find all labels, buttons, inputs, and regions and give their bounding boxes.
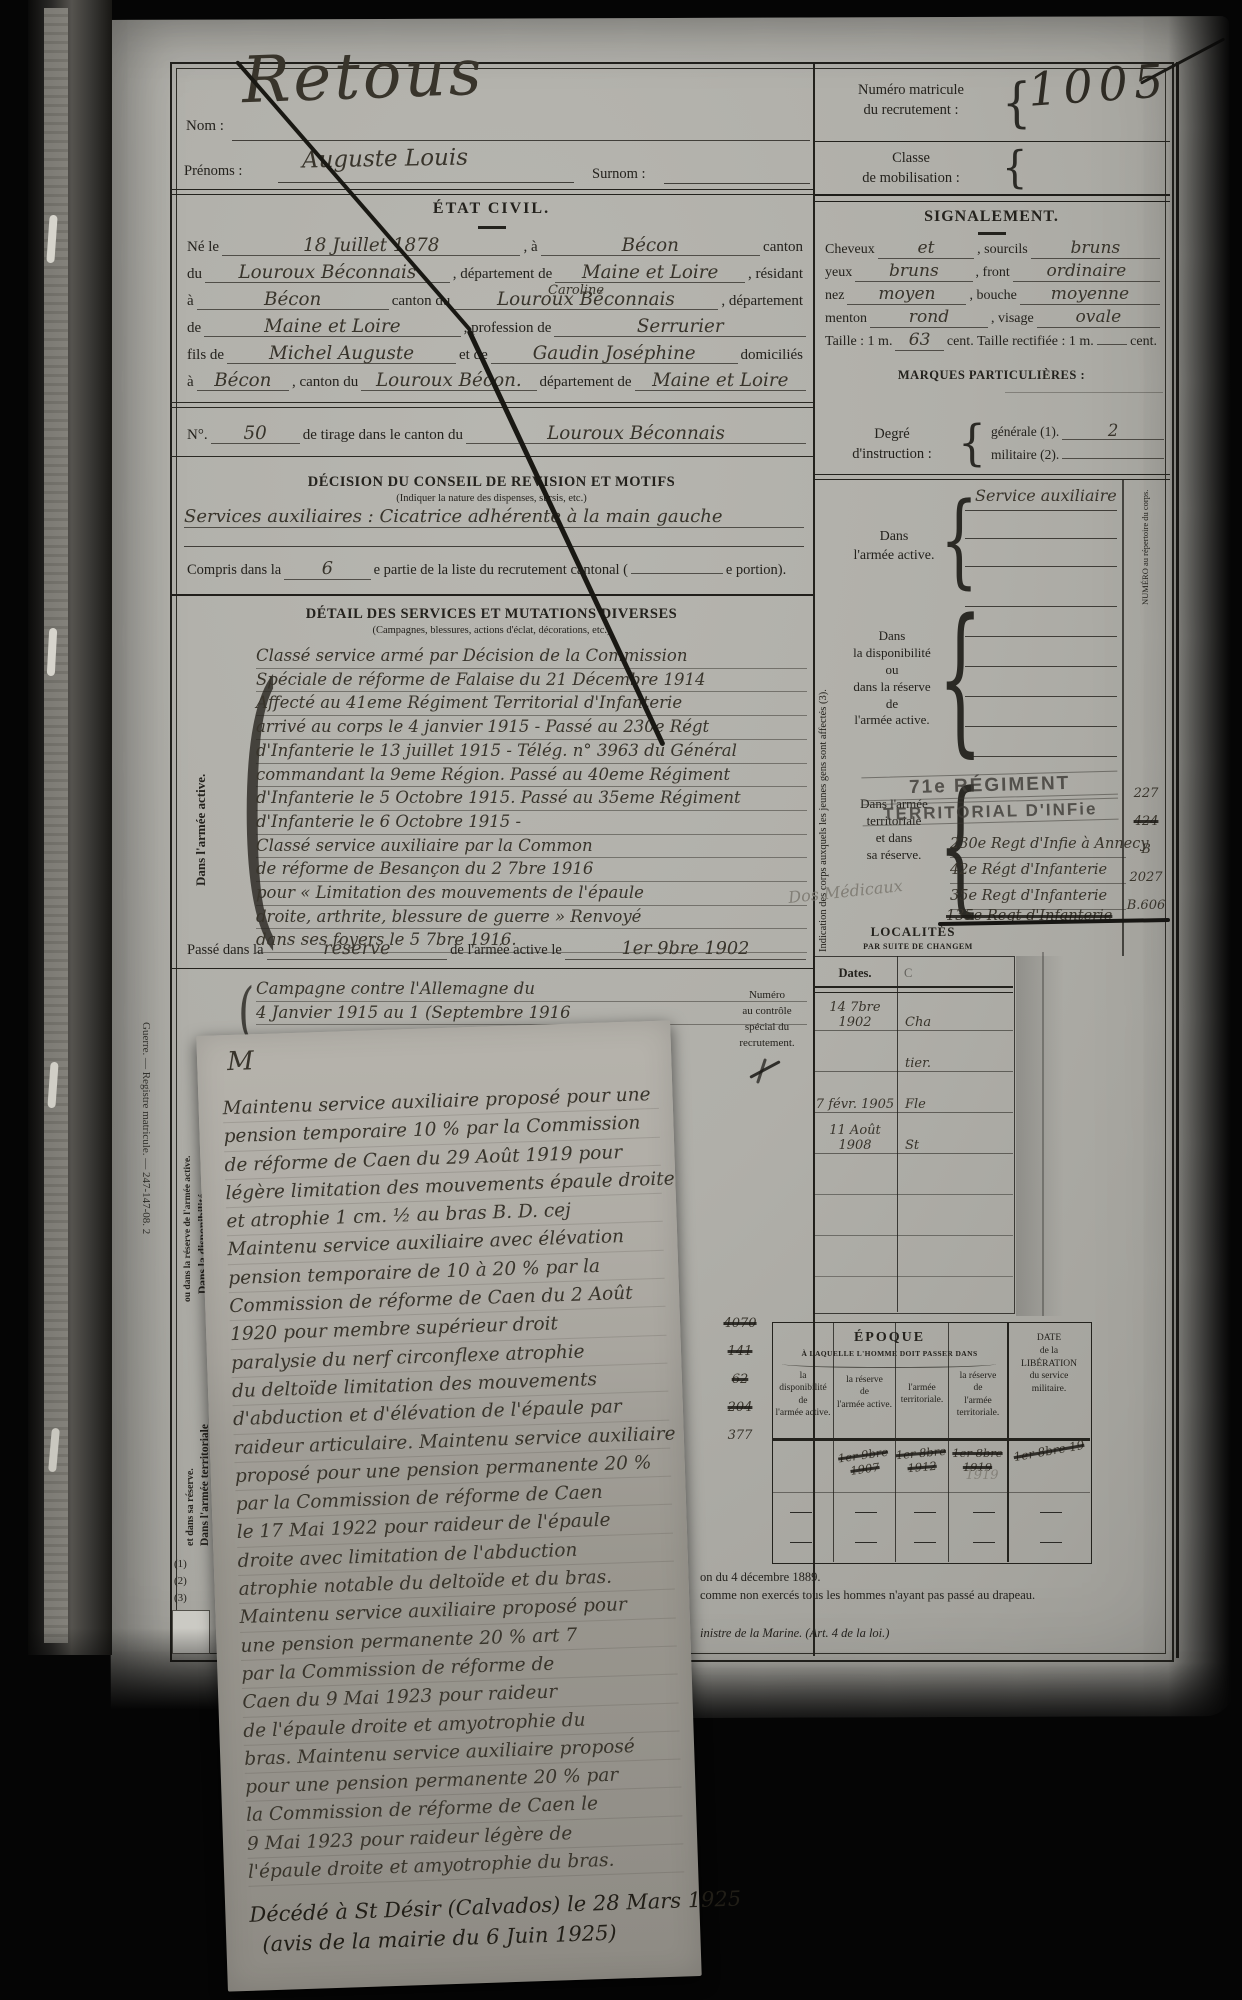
printed-label: , profession de bbox=[461, 320, 555, 337]
printed-label: , canton du bbox=[289, 374, 361, 391]
printed-label: à bbox=[184, 293, 197, 310]
corps-rule bbox=[965, 606, 1117, 607]
territoriale-vertical-label-2: et dans sa réserve. bbox=[185, 1350, 196, 1546]
epoque-col4-header: la réserve de l'armée territoriale. bbox=[949, 1370, 1007, 1419]
signalement-row: Taille : 1 m.63cent. Taille rectifiée : … bbox=[822, 332, 1160, 355]
regiment-entries: 230e Regt d'Infie à Annecy42e Régt d'Inf… bbox=[950, 832, 1126, 910]
epoque-row-rule bbox=[772, 1492, 1090, 1493]
tirage-row: N°.50de tirage dans le canton duLouroux … bbox=[184, 424, 806, 444]
handwritten-value: Maine et Loire bbox=[555, 263, 745, 283]
localites-row bbox=[813, 1277, 1013, 1317]
localites-title: LOCALITÉS bbox=[813, 924, 1013, 940]
printed-label: Compris dans la bbox=[184, 562, 284, 579]
signalement-rows: Cheveuxet, sourcilsbruns yeuxbruns, fron… bbox=[822, 240, 1160, 355]
printed-label: de bbox=[184, 320, 204, 337]
classe-label: Classe de mobilisation : bbox=[822, 148, 1000, 189]
printed-label: Passé dans la bbox=[184, 942, 267, 959]
etat-civil-rows: Né le18 Juillet 1878, àBéconcanton duLou… bbox=[184, 236, 806, 398]
localites-obs: St bbox=[897, 1138, 919, 1153]
handwritten-value: Bécon bbox=[197, 371, 289, 391]
regiment-entry: 35e Regt d'Infanterie bbox=[950, 884, 1126, 910]
localites-row bbox=[813, 1154, 1013, 1195]
passe-reserve-row: Passé dans laréservede l'armée active le… bbox=[184, 940, 806, 960]
handwritten-value bbox=[631, 573, 723, 574]
decision-subtitle: (Indiquer la nature des dispenses, sursi… bbox=[170, 493, 813, 504]
corps-rule bbox=[965, 696, 1117, 697]
localites-date: 11 Août 1908 bbox=[813, 1123, 897, 1153]
scanned-register-page: Nom : Retous Prénoms : Auguste Louis Sur… bbox=[0, 0, 1242, 2000]
printed-label: e portion). bbox=[723, 562, 789, 579]
footnote-line-1: on du 4 décembre 1889. bbox=[700, 1570, 820, 1585]
instruction-militaire-row: militaire (2). bbox=[988, 447, 1164, 472]
prenoms-rule bbox=[278, 182, 574, 183]
corps-rule bbox=[965, 726, 1117, 727]
epoque-subtitle-arc bbox=[782, 1360, 996, 1368]
printed-label: , front bbox=[973, 265, 1013, 281]
handwritten-value: 63 bbox=[895, 332, 943, 351]
handwritten-value: moyenne bbox=[1020, 286, 1160, 305]
handwritten-value: moyen bbox=[847, 286, 966, 305]
printed-label: département de bbox=[537, 374, 635, 391]
handwritten-line: commandant la 9eme Région. Passé au 40em… bbox=[256, 764, 807, 788]
handwritten-value: Maine et Loire bbox=[635, 371, 806, 391]
printed-label: du bbox=[184, 266, 205, 283]
ruled-dash bbox=[973, 1528, 995, 1543]
printed-label: de tirage dans le canton du bbox=[300, 427, 466, 444]
handwritten-value: Serrurier bbox=[554, 317, 806, 337]
handwritten-line: Classé service auxiliaire par la Common bbox=[256, 835, 807, 859]
controle-label: Numéro au contrôle spécial du recrutemen… bbox=[726, 988, 808, 1052]
printed-label: e partie de la liste du recrutement cant… bbox=[371, 562, 631, 579]
decision-blank-rule bbox=[184, 546, 804, 547]
printed-label: N°. bbox=[184, 427, 211, 444]
signalement-row: Cheveuxet, sourcilsbruns bbox=[822, 240, 1160, 263]
handwritten-value: bruns bbox=[855, 263, 972, 282]
printed-label: canton bbox=[760, 239, 806, 256]
localites-row: 14 7bre 1902 Cha bbox=[813, 990, 1013, 1031]
handwritten-line: Affecté au 41eme Régiment Territorial d'… bbox=[256, 692, 807, 716]
section-rule bbox=[815, 474, 1170, 480]
corps-number: 227 bbox=[1125, 780, 1167, 808]
page-fold-shadow bbox=[1016, 956, 1136, 1316]
regiment-entry: 42e Régt d'Infanterie bbox=[950, 858, 1126, 884]
corps-number: 424 bbox=[1125, 808, 1167, 836]
regiment-stamp: 71e RÉGIMENT TERRITORIAL D'INFie bbox=[861, 771, 1118, 827]
disponibilite-brace: { bbox=[938, 598, 983, 759]
localites-row bbox=[813, 1195, 1013, 1236]
localites-row: 7 févr. 1905 Fle bbox=[813, 1072, 1013, 1113]
handwritten-line: 4 Janvier 1915 au 1 (Septembre 1916 bbox=[256, 1002, 807, 1026]
localites-date: 14 7bre 1902 bbox=[813, 1000, 897, 1030]
epoque-subtitle: À LAQUELLE L'HOMME DOIT PASSER DANS bbox=[772, 1349, 1007, 1358]
localites-obs: Fle bbox=[897, 1097, 926, 1112]
disponibilite-label: Dans la disponibilité ou dans la réserve… bbox=[836, 628, 948, 729]
numero-repertoire-vertical-label: NUMÉRO au répertoire du corps. bbox=[1140, 487, 1151, 605]
epoque-title: ÉPOQUE bbox=[772, 1330, 1007, 1346]
printed-label: de l'armée active le bbox=[447, 942, 565, 959]
compris-row: Compris dans la6e partie de la liste du … bbox=[184, 560, 806, 580]
printed-label: , à bbox=[520, 239, 540, 256]
localites-col-date-header: Dates. bbox=[813, 966, 897, 981]
armee-active-value: Service auxiliaire bbox=[975, 486, 1117, 505]
section-rule-heavy bbox=[170, 594, 813, 596]
corps-rule bbox=[965, 666, 1117, 667]
ruled-dash bbox=[855, 1528, 877, 1543]
handwritten-line: arrivé au corps le 4 janvier 1915 - Pass… bbox=[256, 716, 807, 740]
printed-label: nez bbox=[822, 288, 847, 304]
title-dash bbox=[478, 226, 506, 229]
printed-label: fils de bbox=[184, 347, 227, 364]
handwritten-value: Michel Auguste bbox=[227, 344, 456, 364]
localites-row bbox=[813, 1236, 1013, 1277]
surnom-rule bbox=[664, 183, 810, 184]
instruction-rows: générale (1).2 militaire (2). bbox=[988, 422, 1164, 472]
handwritten-line: de réforme de Besançon du 2 7bre 1916 bbox=[256, 858, 807, 882]
handwritten-value: Gaudin Joséphine bbox=[491, 344, 738, 364]
etat-civil-title: ÉTAT CIVIL. bbox=[170, 200, 813, 218]
services-lines: Classé service armé par Décision de la C… bbox=[256, 645, 807, 953]
signalement-row: yeuxbruns, frontordinaire bbox=[822, 263, 1160, 286]
printed-label: Cheveux bbox=[822, 242, 878, 258]
handwritten-line: pour « Limitation des mouvements de l'ép… bbox=[256, 882, 807, 906]
section-rule bbox=[170, 456, 813, 457]
ruled-dash bbox=[914, 1498, 936, 1513]
epoque-col1-header: la disponibilité de l'armée active. bbox=[773, 1370, 833, 1419]
localites-obs: tier. bbox=[897, 1056, 931, 1071]
matricule-label: Numéro matricule du recrutement : bbox=[822, 80, 1000, 121]
epoque-pencil-value: 1919 bbox=[958, 1468, 1006, 1483]
campagne-lines: Campagne contre l'Allemagne du4 Janvier … bbox=[256, 978, 807, 1025]
handwritten-value: Bécon bbox=[197, 290, 389, 310]
signalement-row: nezmoyen, bouchemoyenne bbox=[822, 286, 1160, 309]
epoque-col-divider bbox=[833, 1322, 834, 1562]
classe-brace: { bbox=[1002, 146, 1027, 190]
page-right-edge-shadow bbox=[1168, 10, 1242, 1750]
handwritten-value: 2 bbox=[1062, 422, 1164, 440]
handwritten-value: Louroux Bécon. bbox=[361, 371, 536, 391]
section-rule bbox=[170, 968, 813, 969]
handwritten-value: 50 bbox=[211, 424, 300, 444]
corps-number: B 2027 bbox=[1125, 836, 1167, 892]
epoque-col-divider bbox=[895, 1322, 896, 1562]
nom-rule bbox=[232, 140, 810, 141]
epoque-header-rule bbox=[772, 1438, 1090, 1441]
handwritten-value bbox=[1097, 344, 1127, 345]
handwritten-value: Bécon bbox=[541, 236, 760, 256]
instruction-generale-row: générale (1).2 bbox=[988, 422, 1164, 447]
corps-rule bbox=[965, 510, 1117, 511]
armee-active-brace: { bbox=[940, 490, 978, 592]
localites-rows: 14 7bre 1902 Cha tier. 7 févr. 1905 Fle … bbox=[813, 990, 1013, 1317]
handwritten-value: ordinaire bbox=[1013, 263, 1160, 282]
controle-number: 4070 bbox=[712, 1310, 768, 1338]
printed-label: , département bbox=[718, 293, 806, 310]
handwritten-line: d'Infanterie le 6 Octobre 1915 - bbox=[256, 811, 807, 835]
printed-label: yeux bbox=[822, 265, 855, 281]
nom-label: Nom : bbox=[186, 118, 224, 135]
localites-date: 7 févr. 1905 bbox=[813, 1097, 897, 1112]
ruled-dash bbox=[1040, 1528, 1062, 1543]
corps-rule bbox=[965, 756, 1117, 757]
instruction-brace: { bbox=[958, 420, 986, 468]
decision-title: DÉCISION DU CONSEIL DE REVISION ET MOTIF… bbox=[170, 474, 813, 491]
spine-imprint-vertical: Guerre. — Registre matricule. — 247-147-… bbox=[140, 1022, 152, 1362]
epoque-value-territoriale: 1er 8bre 1912 bbox=[894, 1444, 949, 1477]
signalement-row: mentonrond, visageovale bbox=[822, 309, 1160, 332]
footnote-line-2: comme non exercés tous les hommes n'ayan… bbox=[700, 1588, 1035, 1603]
handwritten-value: rond bbox=[870, 309, 988, 328]
printed-label: menton bbox=[822, 311, 870, 327]
handwritten-value: et bbox=[878, 240, 974, 259]
caroline-insertion: Caroline bbox=[548, 283, 604, 298]
handwritten-value bbox=[1062, 458, 1164, 459]
controle-number: 204 bbox=[712, 1394, 768, 1422]
handwritten-value: ovale bbox=[1037, 309, 1160, 328]
matricule-value: 1005 bbox=[1026, 53, 1171, 117]
page-fold-line bbox=[1042, 952, 1044, 1316]
printed-label: , bouche bbox=[966, 288, 1019, 304]
handwritten-line: Spéciale de réforme de Falaise du 21 Déc… bbox=[256, 669, 807, 693]
blank-rule bbox=[1005, 392, 1163, 393]
handwritten-value: 18 Juillet 1878 bbox=[222, 236, 520, 256]
printed-label: , sourcils bbox=[974, 242, 1031, 258]
corps-number: B.606 bbox=[1125, 892, 1167, 920]
epoque-col3-header: l'armée territoriale. bbox=[896, 1382, 948, 1407]
handwritten-value: 1er 9bre 1902 bbox=[565, 940, 806, 960]
pasted-slip: M Maintenu service auxiliaire proposé po… bbox=[196, 1020, 701, 1991]
ruled-dash bbox=[1040, 1498, 1062, 1513]
footnote-markers: (1) (2) (3) bbox=[174, 1556, 187, 1607]
handwritten-value: 6 bbox=[284, 560, 370, 580]
etat-civil-row: àBéconcanton duLouroux Béconnais, départ… bbox=[184, 290, 806, 317]
localites-subtitle: PAR SUITE DE CHANGEM bbox=[813, 942, 1023, 951]
surnom-label: Surnom : bbox=[592, 166, 646, 183]
localites-row: 11 Août 1908 St bbox=[813, 1113, 1013, 1154]
etat-civil-row: fils deMichel Augusteet deGaudin Joséphi… bbox=[184, 344, 806, 371]
handwritten-line: d'Infanterie le 13 juillet 1915 - Télég.… bbox=[256, 740, 807, 764]
slip-lines: Maintenu service auxiliaire proposé pour… bbox=[222, 1081, 684, 1887]
handwritten-value: bruns bbox=[1031, 240, 1160, 259]
armee-active-label: Dans l'armée active. bbox=[842, 528, 946, 566]
printed-label: militaire (2). bbox=[988, 447, 1062, 463]
ruled-dash bbox=[914, 1528, 936, 1543]
handwritten-line: Classé service armé par Décision de la C… bbox=[256, 645, 807, 669]
printed-label: cent. bbox=[1127, 334, 1160, 350]
epoque-dash-row bbox=[772, 1528, 1090, 1543]
printed-label: , résidant bbox=[745, 266, 806, 283]
regiment-entry: 230e Regt d'Infie à Annecy bbox=[950, 832, 1126, 858]
header-bottom-rule bbox=[170, 189, 813, 195]
title-dash bbox=[978, 232, 1006, 235]
controle-numbers: 407014162204377 bbox=[712, 1310, 768, 1450]
localites-col-obs-header: C bbox=[904, 966, 912, 981]
signalement-title: SIGNALEMENT. bbox=[813, 208, 1170, 226]
epoque-date-header: DATE de la LIBÉRATION du service militai… bbox=[1009, 1332, 1089, 1396]
prenoms-label: Prénoms : bbox=[184, 163, 242, 180]
ruled-dash bbox=[973, 1498, 995, 1513]
disponibilite-vertical-label-2: ou dans la réserve de l'armée active. bbox=[183, 1110, 193, 1302]
instruction-label: Degré d'instruction : bbox=[828, 424, 956, 465]
printed-label: générale (1). bbox=[988, 424, 1062, 440]
etat-civil-row: Né le18 Juillet 1878, àBéconcanton bbox=[184, 236, 806, 263]
localites-obs: Cha bbox=[897, 1015, 931, 1030]
corps-numbers: 227424B 2027B.606 bbox=[1125, 780, 1167, 920]
printed-label: cent. Taille rectifiée : 1 m. bbox=[944, 334, 1097, 350]
handwritten-line: d'Infanterie le 5 Octobre 1915. Passé au… bbox=[256, 787, 807, 811]
printed-label: Né le bbox=[184, 239, 222, 256]
etat-civil-row: deMaine et Loire, profession deSerrurier bbox=[184, 317, 806, 344]
printed-label: , visage bbox=[988, 311, 1037, 327]
controle-number: 62 bbox=[712, 1366, 768, 1394]
handwritten-line: droite, arthrite, blessure de guerre » R… bbox=[256, 906, 807, 930]
epoque-col2-header: la réserve de l'armée active. bbox=[834, 1374, 895, 1411]
controle-number: 141 bbox=[712, 1338, 768, 1366]
ruled-dash bbox=[855, 1498, 877, 1513]
ruled-dash bbox=[790, 1498, 812, 1513]
corps-rule bbox=[965, 566, 1117, 567]
epoque-dash-row bbox=[772, 1498, 1090, 1513]
localites-row: tier. bbox=[813, 1031, 1013, 1072]
handwritten-value: Maine et Loire bbox=[204, 317, 460, 337]
corps-rule bbox=[965, 636, 1117, 637]
armee-active-vertical-label: Dans l'armée active. bbox=[193, 762, 209, 886]
controle-number: 377 bbox=[712, 1422, 768, 1450]
printed-label: , département de bbox=[450, 266, 556, 283]
corps-rule bbox=[965, 538, 1117, 539]
indication-corps-vertical-label: Indication des corps auxquels les jeunes… bbox=[818, 490, 829, 952]
printed-label: à bbox=[184, 374, 197, 391]
etat-civil-row: duLouroux Béconnais, département deMaine… bbox=[184, 263, 806, 290]
handwritten-value: réserve bbox=[267, 940, 448, 960]
decision-value: Services auxiliaires : Cicatrice adhéren… bbox=[184, 506, 804, 528]
epoque-col-divider bbox=[948, 1322, 949, 1562]
matricule-cell-rule bbox=[815, 141, 1170, 142]
ruled-dash bbox=[790, 1528, 812, 1543]
header-right-heavy-rule bbox=[815, 194, 1170, 202]
handwritten-line: Campagne contre l'Allemagne du bbox=[256, 978, 807, 1002]
marques-label: MARQUES PARTICULIÈRES : bbox=[813, 368, 1170, 383]
services-title: DÉTAIL DES SERVICES ET MUTATIONS DIVERSE… bbox=[170, 606, 813, 623]
book-spine bbox=[28, 0, 112, 1655]
printed-label: domiciliés bbox=[738, 347, 807, 364]
printed-label: Taille : 1 m. bbox=[822, 334, 895, 350]
section-rule bbox=[170, 402, 813, 408]
footnote-line-3: inistre de la Marine. (Art. 4 de la loi.… bbox=[700, 1626, 889, 1641]
